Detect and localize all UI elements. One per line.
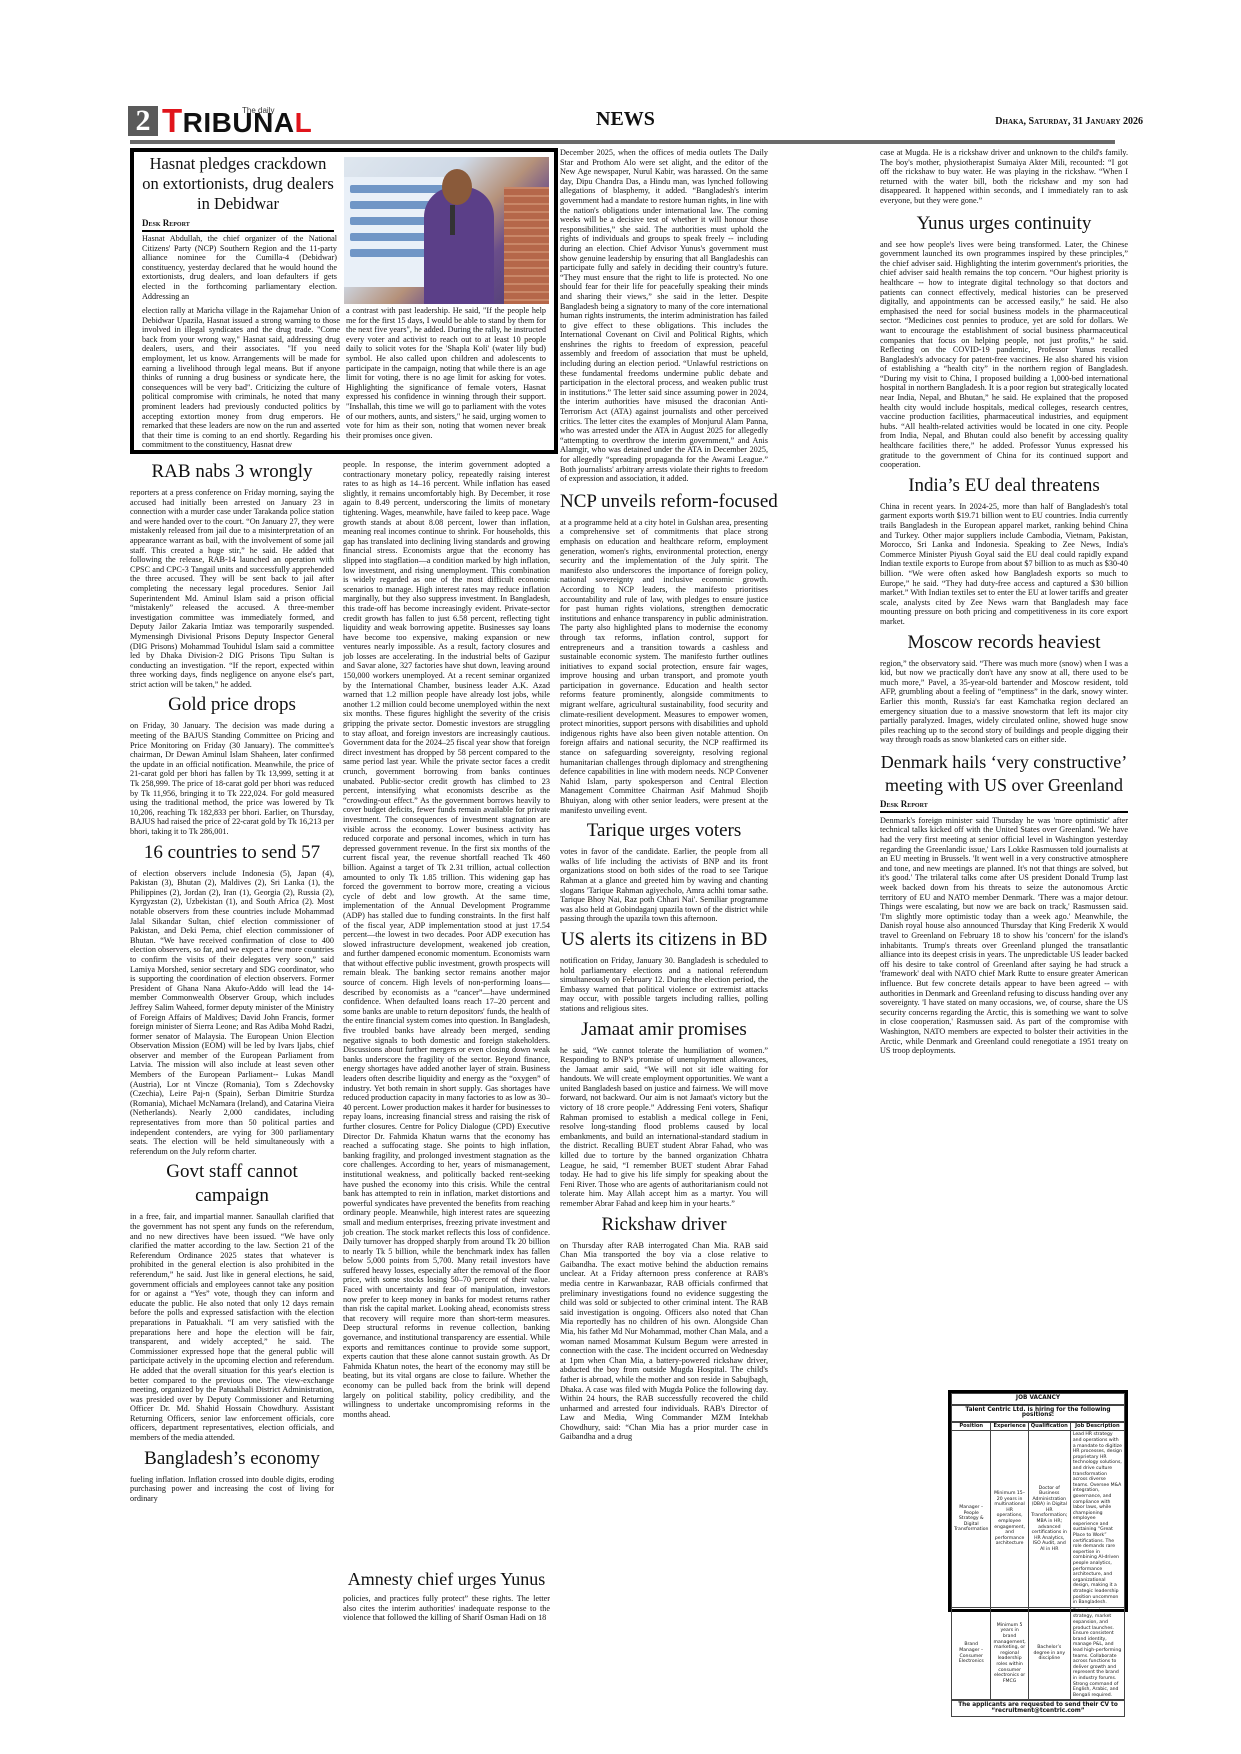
job-ad-table: Position Experience Qualification Job De…	[951, 1422, 1125, 1701]
india-eu-headline[interactable]: India’s EU deal threatens	[880, 474, 1128, 498]
column-1: RAB nabs 3 wrongly reporters at a press …	[130, 460, 334, 1503]
tarique-headline[interactable]: Tarique urges voters	[560, 819, 768, 843]
dateline: Dhaka, Saturday, 31 January 2026	[995, 116, 1143, 127]
logo-the-daily: The daily	[242, 96, 274, 126]
denmark-body: Denmark's foreign minister said Thursday…	[880, 816, 1128, 1056]
denmark-byline: Desk Report	[880, 799, 1128, 809]
cell-experience: Minimum 15–20 years in multinational HR …	[991, 1431, 1028, 1607]
logo-first-letter: T	[162, 102, 183, 139]
gold-headline[interactable]: Gold price drops	[130, 693, 334, 717]
lead-body-top: Hasnat Abdullah, the chief organizer of …	[142, 234, 337, 301]
yunus-body: and see how people's lives were being tr…	[880, 240, 1128, 470]
moscow-headline[interactable]: Moscow records heaviest	[880, 631, 1128, 655]
article-gold[interactable]: Gold price drops on Friday, 30 January. …	[130, 693, 334, 836]
article-us-alerts[interactable]: US alerts its citizens in BD notificatio…	[560, 928, 768, 1014]
job-vacancy-ad[interactable]: JOB VACANCY Talent Centric Ltd. is hirin…	[948, 1390, 1128, 1612]
gold-body: on Friday, 30 January. The decision was …	[130, 721, 334, 836]
article-tarique[interactable]: Tarique urges voters votes in favor of t…	[560, 819, 768, 924]
column-3: December 2025, when the offices of media…	[560, 148, 768, 1442]
photo-bricks	[504, 187, 549, 304]
economy-headline[interactable]: Bangladesh’s economy	[130, 1447, 334, 1471]
rickshaw-body: on Thursday after RAB interrogated Chan …	[560, 1241, 768, 1442]
rickshaw-headline[interactable]: Rickshaw driver	[560, 1213, 768, 1237]
us-alerts-body: notification on Friday, January 30. Bang…	[560, 956, 768, 1014]
rab-headline[interactable]: RAB nabs 3 wrongly	[130, 460, 334, 484]
countries-headline[interactable]: 16 countries to send 57	[130, 841, 334, 865]
col-experience: Experience	[991, 1422, 1028, 1431]
jamaat-body: he said, “We cannot tolerate the humilia…	[560, 1046, 768, 1209]
article-govt-staff[interactable]: Govt staff cannot campaign in a free, fa…	[130, 1160, 334, 1442]
logo-middle: RIBUNA	[183, 107, 295, 138]
countries-body: of election observers include Indonesia …	[130, 869, 334, 1157]
article-economy[interactable]: Bangladesh’s economy fueling inflation. …	[130, 1447, 334, 1504]
table-row: Manager – People Strategy & Digital Tran…	[952, 1431, 1125, 1607]
article-jamaat[interactable]: Jamaat amir promises he said, “We cannot…	[560, 1018, 768, 1209]
ncp-headline[interactable]: NCP unveils reform-focused	[560, 490, 768, 514]
cell-position: Manager – People Strategy & Digital Tran…	[952, 1431, 991, 1607]
col-position: Position	[952, 1422, 991, 1431]
article-rab[interactable]: RAB nabs 3 wrongly reporters at a press …	[130, 460, 334, 689]
jamaat-headline[interactable]: Jamaat amir promises	[560, 1018, 768, 1042]
india-eu-body: China in recent years. In 2024-25, more …	[880, 502, 1128, 627]
microphone-icon	[450, 205, 455, 235]
cell-description: Drive brand strategy, market expansion, …	[1070, 1607, 1124, 1700]
col-qualification: Qualification	[1028, 1422, 1070, 1431]
column-4: case at Mugda. He is a rickshaw driver a…	[880, 148, 1128, 1056]
lead-photo	[344, 157, 549, 304]
cell-qualification: Doctor of Business Administration (DBA) …	[1028, 1431, 1070, 1607]
byline-rule	[880, 811, 1128, 813]
amnesty-headline[interactable]: Amnesty chief urges Yunus	[343, 1568, 550, 1590]
article-india-eu[interactable]: India’s EU deal threatens China in recen…	[880, 474, 1128, 627]
rab-body: reporters at a press conference on Frida…	[130, 488, 334, 689]
logo-last-letter: L	[295, 107, 313, 138]
col-description: Job Description	[1070, 1422, 1124, 1431]
masthead: 2 The daily TRIBUNAL NEWS Dhaka, Saturda…	[128, 106, 1128, 142]
article-countries[interactable]: 16 countries to send 57 of election obse…	[130, 841, 334, 1157]
byline-rule	[142, 230, 334, 232]
rickshaw-continuation: case at Mugda. He is a rickshaw driver a…	[880, 148, 1128, 206]
article-denmark[interactable]: Denmark hails ‘very constructive’ meetin…	[880, 751, 1128, 1056]
job-ad-title: JOB VACANCY	[951, 1393, 1125, 1405]
article-rickshaw[interactable]: Rickshaw driver on Thursday after RAB in…	[560, 1213, 768, 1442]
lead-story[interactable]: Hasnat pledges crackdown on extortionist…	[130, 148, 558, 454]
job-ad-subtitle: Talent Centric Ltd. is hiring for the fo…	[951, 1405, 1125, 1422]
photo-head	[442, 169, 472, 205]
us-alerts-headline[interactable]: US alerts its citizens in BD	[560, 928, 768, 952]
logo: The daily TRIBUNAL	[162, 106, 312, 136]
table-row: Brand Manager – Consumer Electronics Min…	[952, 1607, 1125, 1700]
amnesty-continuation: December 2025, when the offices of media…	[560, 148, 768, 484]
moscow-body: region,” the observatory said. “There wa…	[880, 659, 1128, 745]
article-yunus[interactable]: Yunus urges continuity and see how peopl…	[880, 212, 1128, 470]
job-ad-footer[interactable]: The applicants are requested to send the…	[951, 1700, 1125, 1717]
article-amnesty[interactable]: Amnesty chief urges Yunus policies, and …	[343, 1568, 550, 1623]
govt-staff-headline[interactable]: Govt staff cannot campaign	[130, 1160, 334, 1208]
cell-description: Lead HR strategy and operations with a m…	[1070, 1431, 1124, 1607]
article-ncp[interactable]: NCP unveils reform-focused at a programm…	[560, 490, 768, 815]
tarique-body: votes in favor of the candidate. Earlier…	[560, 847, 768, 924]
ncp-body: at a programme held at a city hotel in G…	[560, 518, 768, 815]
masthead-rule	[130, 140, 1115, 144]
amnesty-body: policies, and practices fully protect” t…	[343, 1594, 550, 1623]
lead-body-col2: a contrast with past leadership. He said…	[346, 306, 546, 440]
page-number: 2	[128, 106, 158, 136]
lead-headline[interactable]: Hasnat pledges crackdown on extortionist…	[140, 154, 336, 214]
govt-staff-body: in a free, fair, and impartial manner. S…	[130, 1212, 334, 1442]
economy-continuation: people. In response, the interim governm…	[343, 460, 550, 1419]
lead-body-col1: election rally at Maricha village in the…	[142, 306, 340, 450]
newspaper-page: 2 The daily TRIBUNAL NEWS Dhaka, Saturda…	[0, 0, 1241, 1754]
denmark-headline[interactable]: Denmark hails ‘very constructive’ meetin…	[880, 751, 1128, 797]
lead-byline: Desk Report	[142, 218, 190, 228]
economy-body: fueling inflation. Inflation crossed int…	[130, 1475, 334, 1504]
section-title: NEWS	[596, 108, 655, 131]
cell-experience: Minimum 5 years in brand management, mar…	[991, 1607, 1028, 1700]
cell-qualification: Bachelor’s degree in any discipline	[1028, 1607, 1070, 1700]
article-moscow[interactable]: Moscow records heaviest region,” the obs…	[880, 631, 1128, 745]
yunus-headline[interactable]: Yunus urges continuity	[880, 212, 1128, 236]
cell-position: Brand Manager – Consumer Electronics	[952, 1607, 991, 1700]
